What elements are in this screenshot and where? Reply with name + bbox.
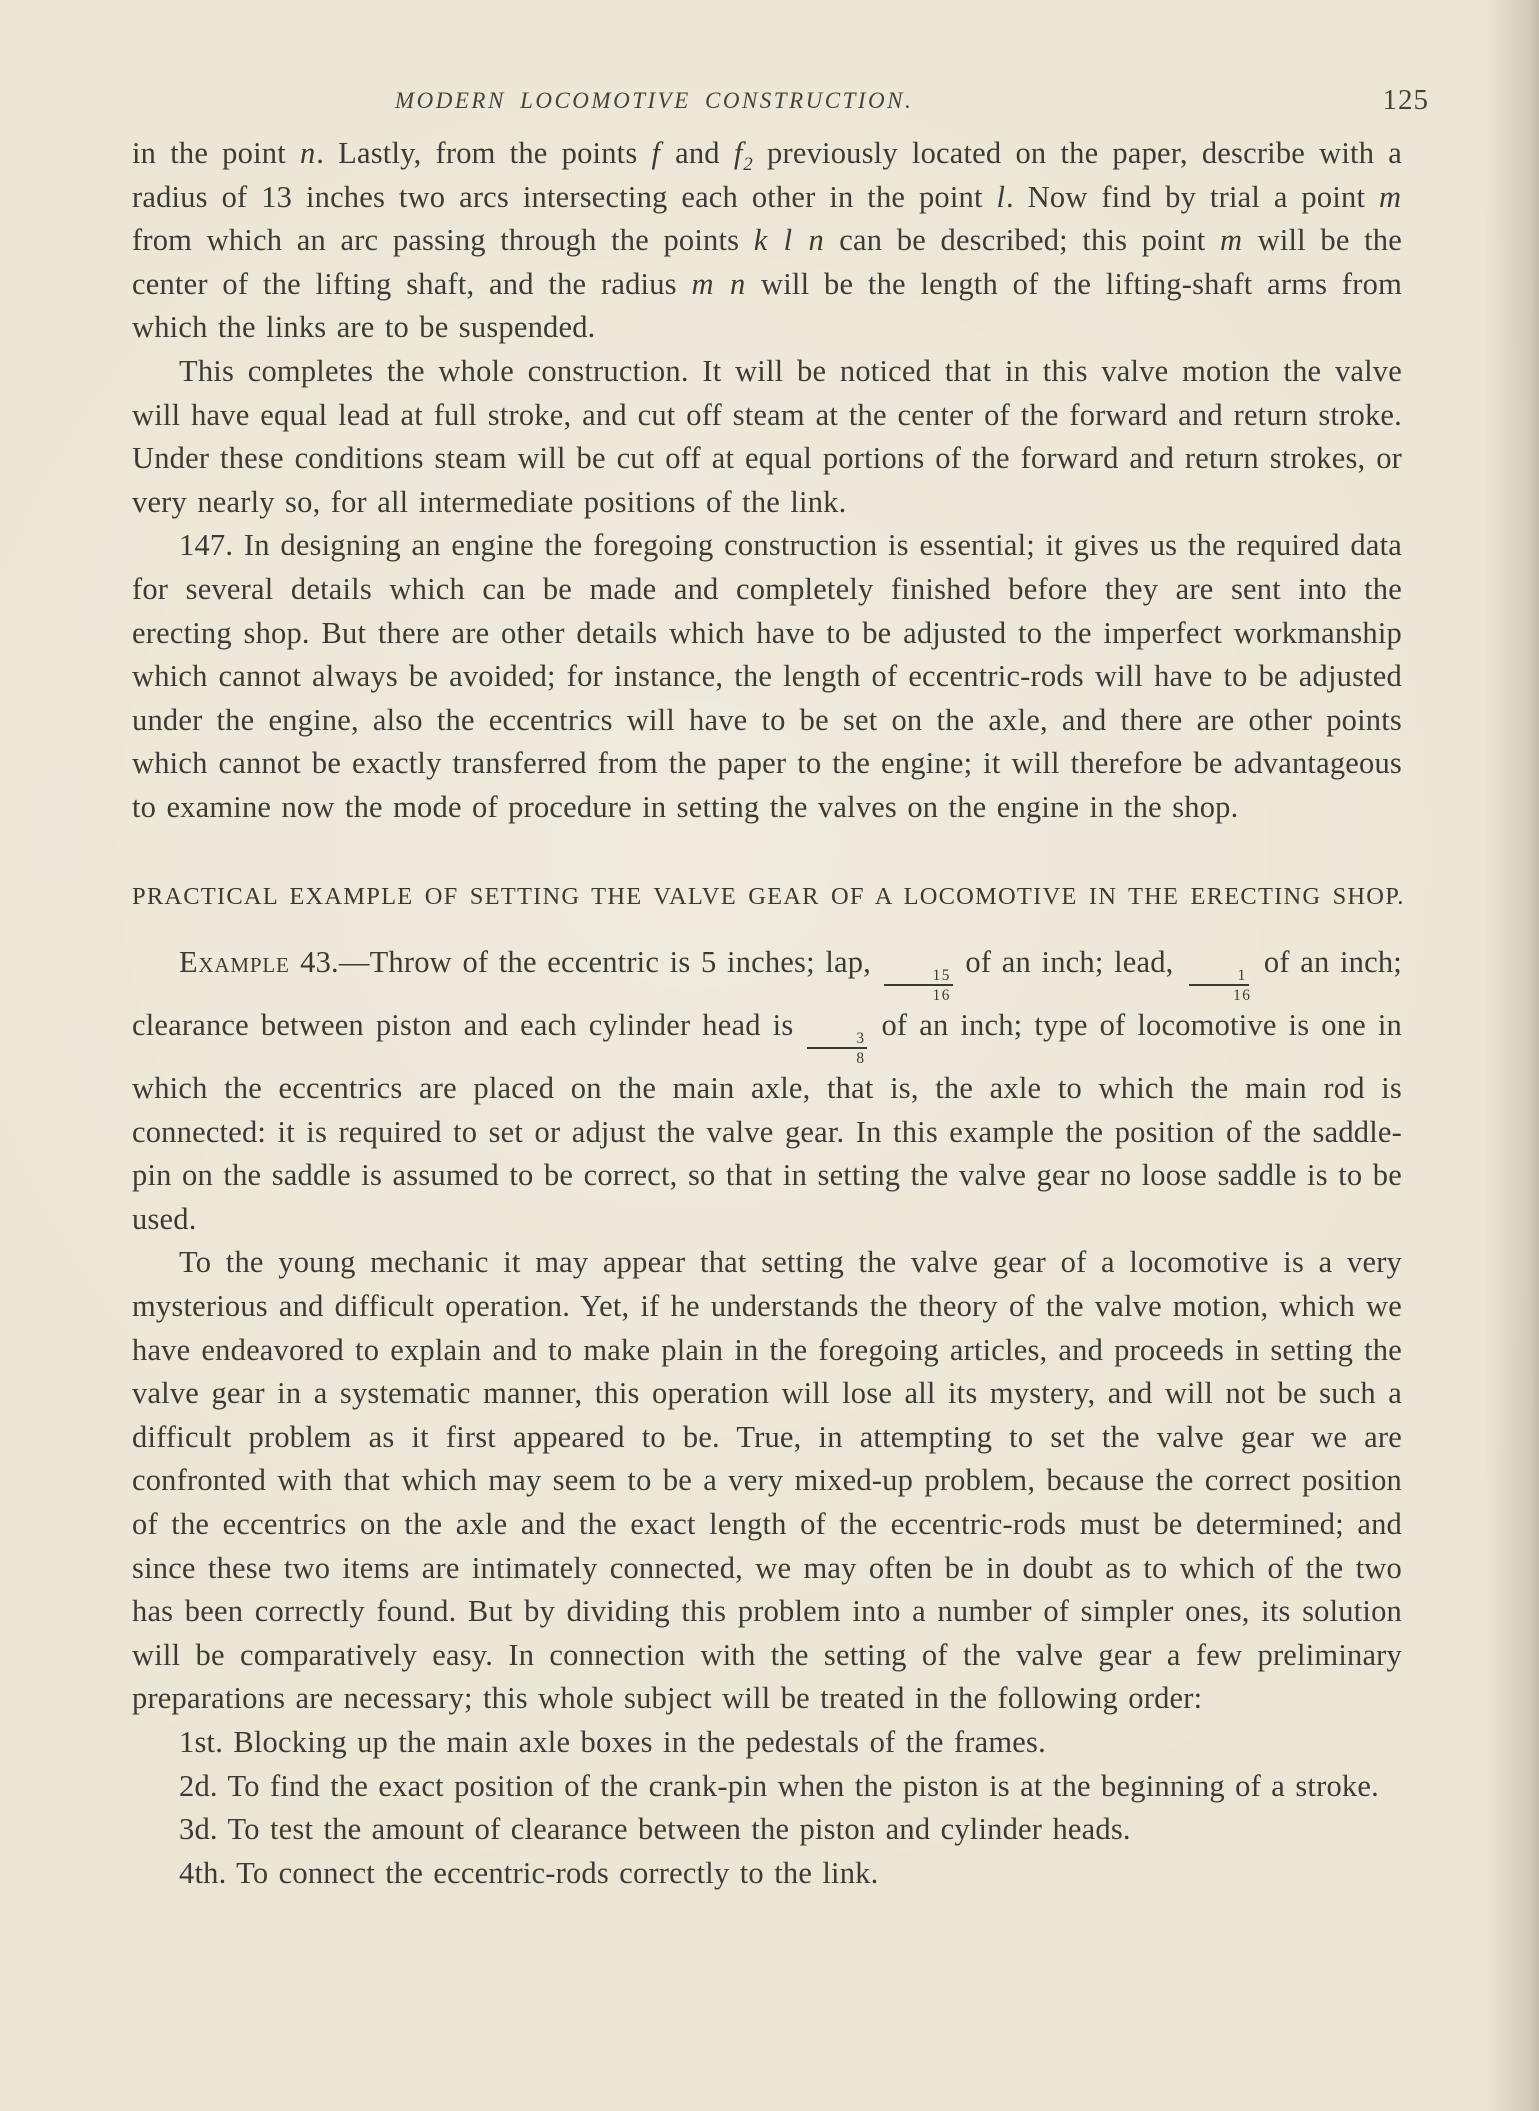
variable-letter: m — [1220, 223, 1243, 257]
young-mechanic-paragraph: To the young mechanic it may appear that… — [132, 1241, 1402, 1721]
list-item-3: 3d. To test the amount of clearance betw… — [132, 1808, 1402, 1852]
book-page: MODERN LOCOMOTIVE CONSTRUCTION. 125 in t… — [0, 0, 1539, 2111]
article-147-paragraph: 147. In designing an engine the foregoin… — [132, 524, 1402, 829]
text-column: in the point n. Lastly, from the points … — [132, 132, 1402, 1895]
variable-letter: l — [997, 180, 1006, 214]
running-header: MODERN LOCOMOTIVE CONSTRUCTION. 125 — [132, 88, 1429, 122]
example-43-paragraph: Example 43.—Throw of the eccentric is 5 … — [132, 941, 1402, 1242]
list-item-1: 1st. Blocking up the main axle boxes in … — [132, 1721, 1402, 1765]
running-title: MODERN LOCOMOTIVE CONSTRUCTION. — [395, 88, 913, 114]
smallcaps-word: Example — [179, 945, 290, 979]
variable-letter: n — [300, 136, 316, 170]
variable-letter: k l n — [754, 223, 825, 257]
fraction: 1516 — [884, 967, 953, 1004]
variable-subscript: 2 — [743, 154, 753, 175]
variable-letter: m n — [691, 267, 746, 301]
fraction: 38 — [807, 1030, 867, 1067]
section-heading: PRACTICAL EXAMPLE OF SETTING THE VALVE G… — [132, 882, 1402, 911]
fraction: 116 — [1186, 967, 1251, 1004]
list-item-4: 4th. To connect the eccentric-rods corre… — [132, 1852, 1402, 1896]
variable-letter: f — [652, 136, 661, 170]
intro-continuation-paragraph: in the point n. Lastly, from the points … — [132, 132, 1402, 350]
list-item-2: 2d. To find the exact position of the cr… — [132, 1765, 1402, 1809]
construction-summary-paragraph: This completes the whole construction. I… — [132, 350, 1402, 524]
variable-letter: f — [734, 136, 743, 170]
page-number: 125 — [1383, 84, 1430, 117]
variable-letter: m — [1379, 180, 1402, 214]
